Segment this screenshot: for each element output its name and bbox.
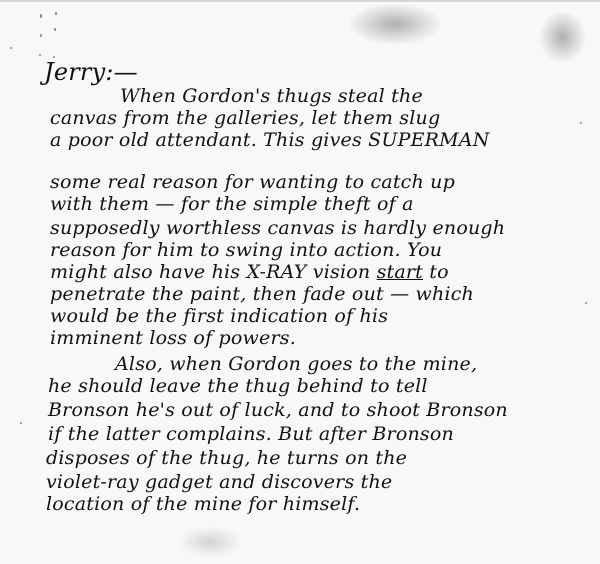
letter-line: location of the mine for himself.	[46, 492, 360, 516]
letter-line: disposes of the thug, he turns on the	[46, 446, 407, 470]
letter-page: Jerry:— When Gordon's thugs steal the ca…	[0, 0, 600, 564]
letter-line: some real reason for wanting to catch up	[50, 170, 455, 194]
salutation: Jerry:—	[44, 60, 138, 84]
letter-line: imminent loss of powers.	[50, 326, 296, 350]
letter-line: supposedly worthless canvas is hardly en…	[50, 216, 505, 240]
letter-line: penetrate the paint, then fade out — whi…	[50, 282, 474, 306]
letter-line: with them — for the simple theft of a	[50, 192, 414, 216]
letter-line: he should leave the thug behind to tell	[48, 374, 428, 398]
letter-line: would be the first indication of his	[50, 304, 388, 328]
letter-line: canvas from the galleries, let them slug	[50, 106, 440, 130]
underlined-word: start	[377, 261, 423, 283]
letter-line: Also, when Gordon goes to the mine,	[115, 352, 477, 376]
letter-body: Jerry:— When Gordon's thugs steal the ca…	[0, 2, 600, 564]
letter-text: might also have his X-RAY vision	[50, 261, 370, 283]
letter-line: might also have his X-RAY vision start t…	[50, 260, 449, 284]
letter-text: to	[429, 261, 448, 283]
letter-line: violet-ray gadget and discovers the	[46, 470, 392, 494]
letter-line: reason for him to swing into action. You	[50, 238, 442, 262]
letter-line: if the latter complains. But after Brons…	[48, 422, 454, 446]
letter-line: When Gordon's thugs steal the	[120, 84, 423, 108]
letter-line: Bronson he's out of luck, and to shoot B…	[48, 398, 508, 422]
letter-line: a poor old attendant. This gives SUPERMA…	[50, 128, 490, 152]
